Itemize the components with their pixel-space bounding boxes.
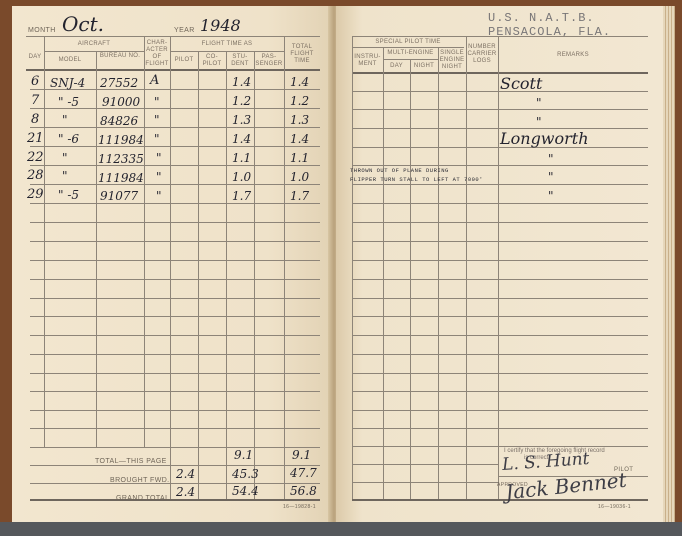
incident-note-line-2: FLIPPER TURN STALL TO LEFT AT 7000' — [350, 175, 483, 184]
grid-h — [352, 241, 648, 242]
grid-h — [352, 203, 648, 204]
cell-bureau-no: 27552 — [100, 76, 138, 90]
grid-v — [44, 37, 45, 447]
grid-v — [254, 51, 255, 499]
cell-character: " — [154, 95, 160, 109]
cell-character: " — [154, 132, 160, 146]
grid-h — [30, 298, 320, 299]
header-bottom-rule — [26, 69, 320, 71]
col-bureau-no: BUREAU NO. — [96, 53, 144, 60]
grid-h — [352, 260, 648, 261]
col-remarks: REMARKS — [498, 52, 648, 59]
cell-model: " — [62, 113, 68, 127]
remark-instructor: Scott — [500, 74, 542, 93]
col-passenger: PAS-SENGER — [254, 54, 284, 68]
remark-ditto: " — [548, 170, 554, 184]
grid-v — [466, 37, 467, 499]
grid-v — [198, 51, 199, 499]
header-top-rule — [26, 36, 320, 37]
grand-total-student: 54.4 — [232, 484, 259, 498]
incident-note: THROWN OUT OF PLANE DURING FLIPPER TURN … — [350, 166, 483, 184]
cell-total: 1.4 — [290, 75, 309, 89]
cell-day: 29 — [27, 187, 44, 202]
grid-h — [30, 465, 320, 466]
cell-day: 28 — [27, 168, 44, 183]
grand-total-total: 56.8 — [290, 484, 317, 498]
grid-h — [30, 203, 320, 204]
grid-h — [30, 410, 320, 411]
cell-student: 1.3 — [232, 113, 251, 127]
grid-v — [144, 37, 145, 447]
grid-h — [352, 464, 498, 465]
col-character: CHAR-ACTER OF FLIGHT — [144, 40, 170, 68]
grid-h — [30, 260, 320, 261]
cell-total: 1.1 — [290, 151, 309, 165]
aircraft-subrule — [44, 51, 144, 52]
grid-h — [30, 146, 320, 147]
year-label: YEAR — [174, 27, 195, 34]
grid-h — [352, 316, 648, 317]
grid-h — [30, 391, 320, 392]
grid-h — [30, 354, 320, 355]
remark-ditto: " — [548, 189, 554, 203]
grid-v — [284, 37, 285, 499]
grid-h — [30, 373, 320, 374]
cell-student: 1.2 — [232, 94, 251, 108]
cell-model: " -5 — [58, 188, 79, 202]
stamp-line-1: U.S. N.A.T.B. — [488, 11, 611, 25]
remark-ditto: " — [536, 96, 542, 110]
cell-day: 21 — [27, 131, 44, 146]
grid-h — [352, 446, 648, 447]
form-number-left: 16—19828-1 — [283, 504, 316, 510]
total-this-page-label: TOTAL—THIS PAGE — [95, 458, 167, 465]
col-pilot: PILOT — [170, 57, 198, 64]
remark-ditto: " — [548, 152, 554, 166]
cell-character: " — [156, 170, 162, 184]
cell-day: 6 — [31, 74, 39, 89]
grand-total-label: GRAND TOTAL — [116, 495, 169, 502]
cell-total: 1.0 — [290, 170, 309, 184]
cell-bureau-no: 91000 — [102, 95, 140, 109]
cell-student: 1.1 — [232, 151, 251, 165]
grand-total-pilot: 2.4 — [176, 485, 195, 499]
cell-model: " -6 — [58, 132, 79, 146]
cell-character: " — [156, 189, 162, 203]
grid-h — [352, 391, 648, 392]
month-label: MONTH — [28, 27, 56, 34]
total-this-page-total: 9.1 — [292, 448, 311, 462]
col-instrument: INSTRU-MENT — [352, 54, 383, 68]
grid-v — [96, 51, 97, 447]
cell-student: 1.4 — [232, 132, 251, 146]
grid-h — [30, 335, 320, 336]
grid-v — [352, 37, 353, 499]
cell-character: " — [156, 151, 162, 165]
month-value: Oct. — [62, 12, 104, 36]
cell-total: 1.3 — [290, 113, 309, 127]
grid-h — [352, 428, 648, 429]
grid-h — [352, 354, 648, 355]
year-value: 1948 — [200, 16, 241, 35]
r-special-subrule — [352, 47, 464, 48]
col-student: STU-DENT — [226, 54, 254, 68]
form-number-right: 16—19036-1 — [598, 504, 631, 510]
cell-model: " — [62, 151, 68, 165]
remark-ditto: " — [536, 115, 542, 129]
grid-h — [352, 222, 648, 223]
cell-model: " — [62, 169, 68, 183]
flighttime-subrule — [170, 51, 284, 52]
grid-h — [352, 410, 648, 411]
cell-student: 1.4 — [232, 75, 251, 89]
grid-h — [30, 279, 320, 280]
col-multi-night: NIGHT — [410, 63, 438, 70]
cell-day: 8 — [31, 112, 39, 127]
grid-h — [30, 222, 320, 223]
grid-h — [352, 298, 648, 299]
grid-v — [438, 47, 439, 499]
incident-note-line-1: THROWN OUT OF PLANE DURING — [350, 166, 483, 175]
remark-instructor: Longworth — [500, 129, 589, 148]
grid-h-bottom — [352, 499, 648, 501]
col-multi-day: DAY — [383, 63, 410, 70]
cell-bureau-no: 84826 — [100, 114, 138, 128]
grid-v — [383, 47, 384, 499]
cell-total: 1.2 — [290, 94, 309, 108]
brought-fwd-total: 47.7 — [290, 466, 317, 480]
cell-total: 1.4 — [290, 132, 309, 146]
cell-day: 22 — [27, 150, 44, 165]
cell-bureau-no: 111984 — [98, 133, 144, 147]
col-special-pilot-time: SPECIAL PILOT TIME — [352, 39, 464, 46]
cell-bureau-no: 112335 — [98, 152, 144, 166]
col-multi-engine: MULTI-ENGINE — [383, 50, 438, 57]
grid-h — [352, 482, 498, 483]
grid-h — [352, 335, 648, 336]
table-surface — [0, 522, 682, 536]
grid-h — [352, 184, 648, 185]
grid-h — [30, 316, 320, 317]
station-stamp: U.S. N.A.T.B. PENSACOLA, FLA. — [488, 11, 611, 39]
col-flight-time-as: FLIGHT TIME AS — [170, 41, 284, 48]
brought-fwd-student: 45.3 — [232, 467, 259, 481]
grid-h — [352, 109, 648, 110]
brought-fwd-label: BROUGHT FWD. — [110, 477, 170, 484]
col-model: MODEL — [44, 57, 96, 64]
grid-h — [352, 373, 648, 374]
grid-h — [30, 184, 320, 185]
grid-h — [30, 428, 320, 429]
grid-h — [30, 447, 320, 448]
brought-fwd-pilot: 2.4 — [176, 467, 195, 481]
col-aircraft: AIRCRAFT — [44, 41, 144, 48]
cell-student: 1.0 — [232, 170, 251, 184]
grid-v — [226, 51, 227, 499]
grid-h — [30, 127, 320, 128]
col-single-engine-night: SINGLE ENGINE NIGHT — [438, 50, 466, 71]
grid-h — [30, 165, 320, 166]
total-this-page-student: 9.1 — [234, 448, 253, 462]
cell-day: 7 — [31, 93, 39, 108]
r-header-top-rule — [352, 36, 648, 37]
grid-h — [352, 279, 648, 280]
cell-character: A — [150, 73, 159, 88]
cell-bureau-no: 91077 — [100, 189, 138, 203]
col-co-pilot: CO-PILOT — [198, 54, 226, 68]
grid-v — [498, 37, 499, 499]
col-day: DAY — [24, 54, 46, 61]
cell-model: " -5 — [58, 95, 79, 109]
cell-bureau-no: 111984 — [98, 171, 144, 185]
cell-character: " — [154, 113, 160, 127]
grid-h-bottom — [30, 499, 320, 501]
grid-v — [170, 37, 171, 499]
col-carrier-logs: NUMBER CARRIER LOGS — [466, 44, 498, 65]
col-total-flight-time: TOTAL FLIGHT TIME — [284, 44, 320, 65]
cell-student: 1.7 — [232, 189, 251, 203]
cell-total: 1.7 — [290, 189, 309, 203]
cell-model: SNJ-4 — [50, 76, 85, 90]
page-edges — [663, 6, 675, 522]
grid-h — [30, 241, 320, 242]
grid-h — [30, 483, 320, 484]
